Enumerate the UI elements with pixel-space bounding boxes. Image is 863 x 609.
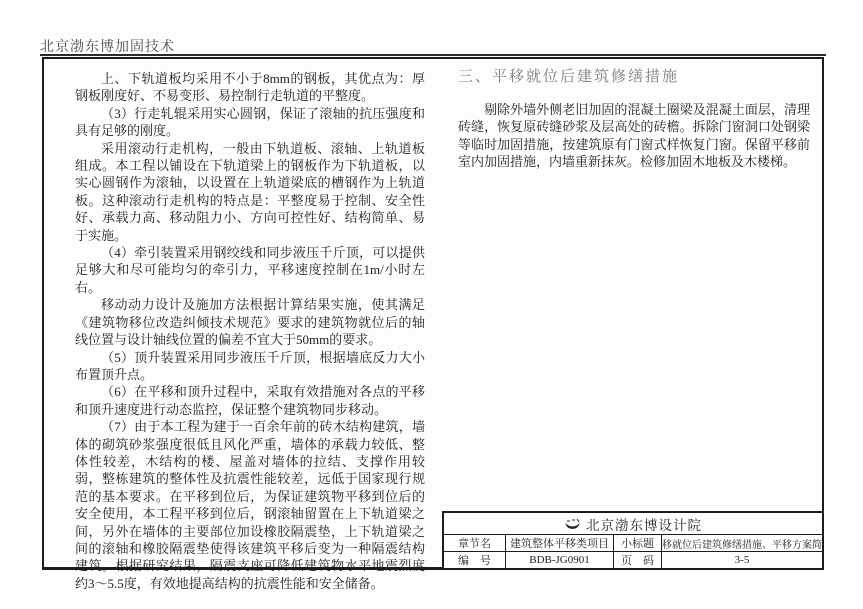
header-divider: [40, 54, 826, 56]
paragraph: （7）由于本工程为建于一百余年前的砖木结构建筑，墙体的砌筑砂浆强度很低且风化严重…: [75, 418, 425, 592]
paragraph: （6）在平移和顶升过程中，采取有效措施对各点的平移和顶升速度进行动态监控，保证整…: [75, 383, 425, 418]
design-institute-logo-icon: [564, 517, 581, 531]
page-label: 页 码: [614, 552, 662, 568]
paragraph: 剔除外墙外侧老旧加固的混凝土圈梁及混凝土面层，清理砖缝，恢复原砖缝砂浆及层高处的…: [458, 101, 810, 171]
paragraph: 采用滚动行走机构，一般由下轨道板、滚轴、上轨道板组成。本工程以铺设在下轨道梁上的…: [75, 140, 425, 244]
right-text-column: 三、平移就位后建筑修缮措施 剔除外墙外侧老旧加固的混凝土圈梁及混凝土面层，清理砖…: [458, 65, 810, 171]
paragraph: （5）顶升装置采用同步液压千斤顶，根据墙底反力大小布置顶升点。: [75, 349, 425, 384]
title-block-company-row: 北京渤东博设计院: [444, 513, 822, 535]
number-value: BDB-JG0901: [506, 552, 614, 568]
document-header-title: 北京渤东博加固技术: [40, 36, 175, 56]
number-label: 编 号: [444, 552, 506, 568]
paragraph: 移动动力设计及施加方法根据计算结果实施，使其满足《建筑物移位改造纠倾技术规范》要…: [75, 296, 425, 348]
page-value: 3-5: [662, 552, 822, 568]
section-heading: 三、平移就位后建筑修缮措施: [458, 65, 810, 86]
paragraph: （4）牵引装置采用钢绞线和同步液压千斤顶，可以提供足够大和尽可能均匀的牵引力，平…: [75, 244, 425, 296]
subtitle-label: 小标题: [614, 535, 662, 551]
paragraph: （3）行走轧辊采用实心圆钢，保证了滚轴的抗压强度和具有足够的刚度。: [75, 105, 425, 140]
title-block-row: 编 号 BDB-JG0901 页 码 3-5: [444, 552, 822, 568]
company-name: 北京渤东博设计院: [586, 514, 702, 534]
paragraph: 上、下轨道板均采用不小于8mm的钢板，其优点为：厚钢板刚度好、不易变形、易控制行…: [75, 70, 425, 105]
title-block-table: 北京渤东博设计院 章节名 建筑整体平移类项目 小标题 平移就位后建筑修缮措施、平…: [442, 511, 824, 570]
document-page: { "page": { "header": "北京渤东博加固技术" }, "le…: [0, 0, 863, 609]
left-text-column: 上、下轨道板均采用不小于8mm的钢板，其优点为：厚钢板刚度好、不易变形、易控制行…: [75, 70, 425, 592]
chapter-value: 建筑整体平移类项目: [506, 535, 614, 551]
subtitle-value: 平移就位后建筑修缮措施、平移方案简介: [662, 535, 822, 551]
title-block-row: 章节名 建筑整体平移类项目 小标题 平移就位后建筑修缮措施、平移方案简介: [444, 535, 822, 552]
chapter-label: 章节名: [444, 535, 506, 551]
content-frame: 上、下轨道板均采用不小于8mm的钢板，其优点为：厚钢板刚度好、不易变形、易控制行…: [42, 57, 824, 570]
